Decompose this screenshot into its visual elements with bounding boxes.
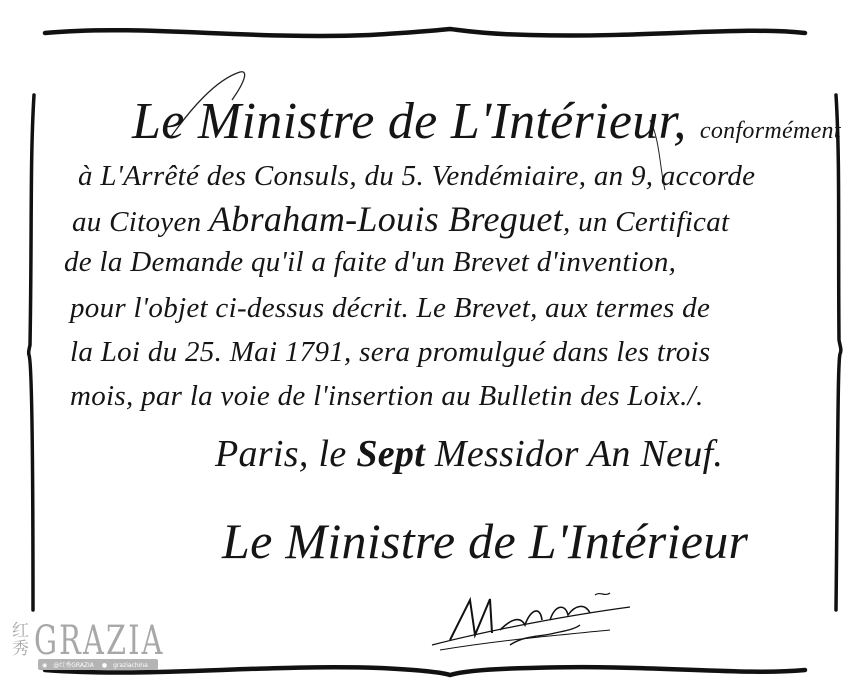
minister-signature: Chaptal: [430, 585, 640, 655]
date-day: Sept: [356, 433, 425, 475]
right-bracket: [836, 95, 841, 610]
weibo-icon: ◉: [42, 662, 47, 669]
date-place: Paris: [215, 433, 299, 475]
body-line-2: au Citoyen Abraham-Louis Breguet, un Cer…: [72, 198, 729, 240]
top-rule: [45, 29, 805, 36]
left-bracket: [29, 95, 34, 610]
heading-title: Le Ministre de L'Intérieur: [132, 93, 673, 150]
body-line-2-prefix: au Citoyen: [72, 206, 209, 238]
grazia-watermark: 红秀 GRAZIA ◉@红秀GRAZIA ●graziachina: [12, 622, 152, 670]
bottom-rule: [45, 667, 805, 675]
body-line-1: à L'Arrêté des Consuls, du 5. Vendémiair…: [78, 160, 755, 193]
body-line-3: de la Demande qu'il a faite d'un Brevet …: [64, 246, 676, 279]
body-line-6: mois, par la voie de l'insertion au Bull…: [70, 380, 704, 413]
date-month-year: Messidor An Neuf.: [435, 433, 723, 475]
document-heading: Le Ministre de L'Intérieur, conformément: [132, 92, 841, 151]
body-line-2-suffix: , un Certificat: [563, 206, 729, 238]
body-line-4: pour l'objet ci-dessus décrit. Le Brevet…: [70, 292, 710, 325]
watermark-brand: GRAZIA: [34, 618, 165, 664]
body-line-5: la Loi du 25. Mai 1791, sera promulgué d…: [70, 336, 711, 369]
heading-continuation: conformément: [700, 118, 841, 144]
date-le: le: [318, 433, 346, 475]
weibo-handle: @红秀GRAZIA: [53, 662, 94, 669]
inventor-name: Abraham-Louis Breguet: [209, 199, 563, 239]
wechat-icon: ●: [102, 662, 107, 669]
watermark-chinese: 红秀: [12, 622, 30, 658]
wechat-handle: graziachina: [113, 662, 148, 669]
watermark-handles: ◉@红秀GRAZIA ●graziachina: [38, 659, 158, 670]
signatory-title: Le Ministre de L'Intérieur: [222, 512, 748, 570]
date-line: Paris, le Sept Messidor An Neuf.: [215, 432, 723, 476]
